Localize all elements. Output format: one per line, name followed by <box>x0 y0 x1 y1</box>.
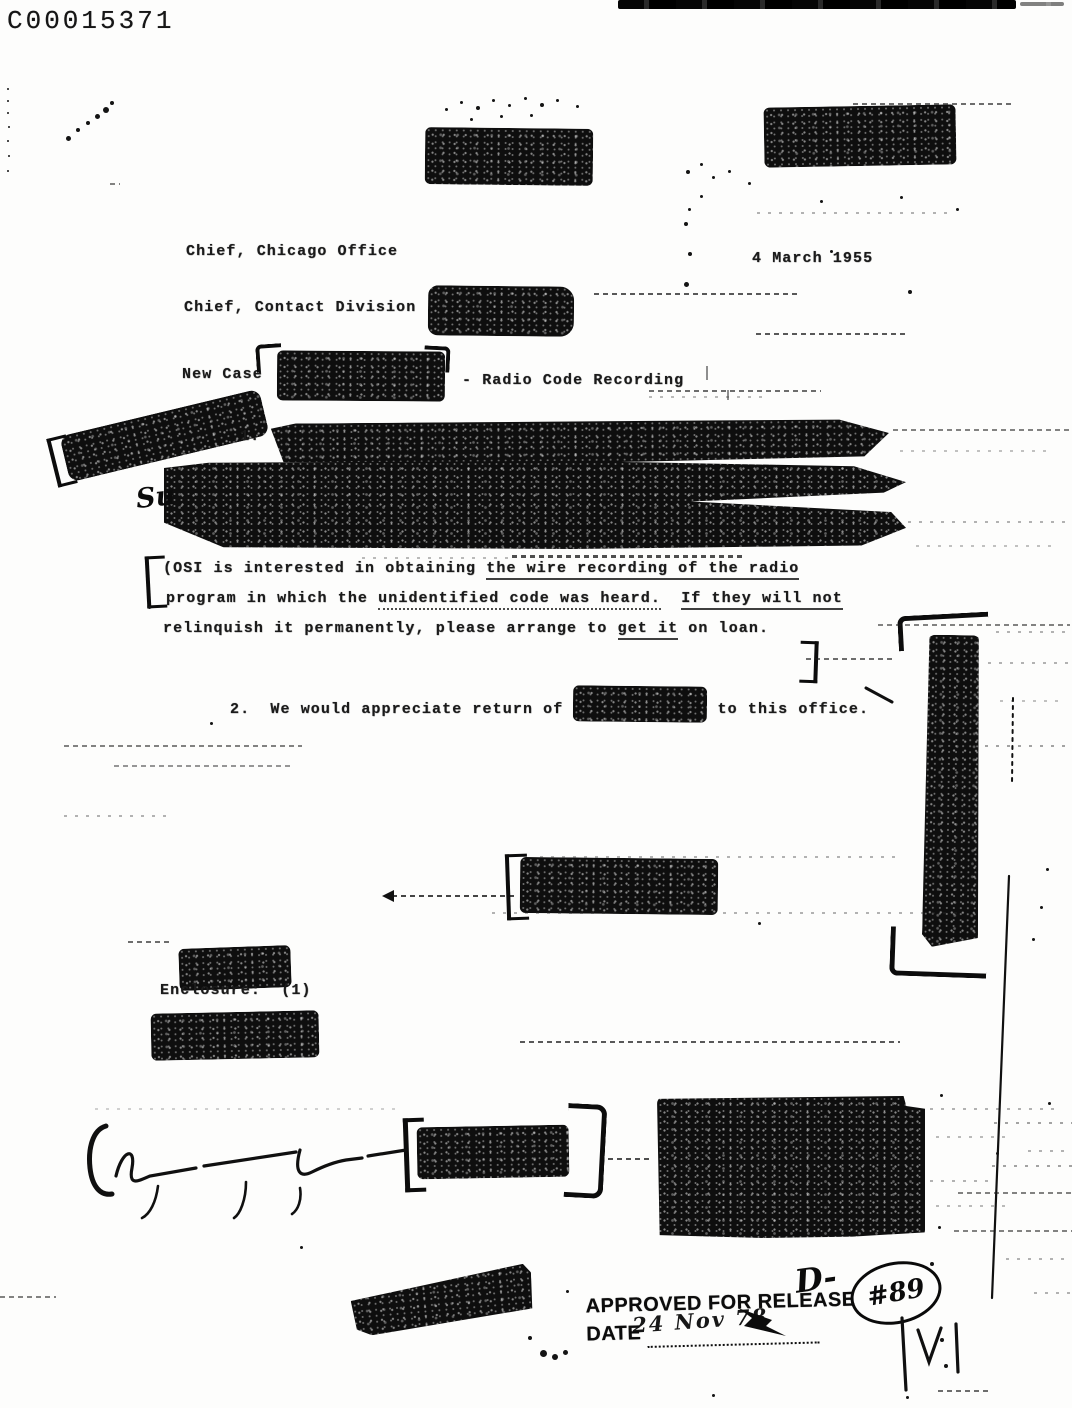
ink-speck <box>748 182 751 185</box>
scanline <box>608 1158 652 1160</box>
ink-speck <box>1046 868 1049 871</box>
ink-blot <box>540 1350 547 1357</box>
scanline <box>128 941 170 943</box>
ink-speck <box>148 606 151 609</box>
ink-speck <box>7 140 9 142</box>
scanline <box>95 1108 395 1110</box>
handwritten-bracket <box>90 1126 112 1194</box>
ink-speck <box>996 1152 999 1155</box>
ink-speck <box>1040 906 1043 909</box>
dotted-vertical-line <box>1012 698 1013 784</box>
ink-speck <box>86 121 90 125</box>
ink-tick <box>727 390 729 400</box>
scanline <box>853 103 1011 105</box>
ink-speck <box>906 1396 909 1399</box>
ink-speck <box>110 101 114 105</box>
scanline <box>958 1192 1072 1194</box>
ink-speck <box>460 101 463 104</box>
scanline <box>757 212 947 214</box>
ink-speck <box>556 99 559 102</box>
scanline <box>806 658 892 660</box>
ink-speck <box>728 170 731 173</box>
scanline <box>900 450 1050 452</box>
smudge-line <box>512 555 744 558</box>
scanned-document-page: C00015371 Chief, Chicago Office 4 March … <box>0 0 1072 1408</box>
check-scribble <box>902 1318 958 1390</box>
ink-speck <box>688 208 691 211</box>
scanline <box>649 396 769 398</box>
ink-speck <box>700 195 703 198</box>
ink-blot <box>563 1350 568 1355</box>
ink-speck <box>300 1246 303 1249</box>
ink-speck <box>712 1394 715 1397</box>
cursive-scribble <box>116 1150 406 1181</box>
ink-speck <box>1032 938 1035 941</box>
scanline <box>1028 1150 1072 1152</box>
ink-speck <box>7 170 9 172</box>
ink-tick <box>706 366 708 380</box>
ink-speck <box>103 107 109 113</box>
scanline <box>492 912 958 914</box>
ink-speck <box>8 126 10 128</box>
ink-speck <box>508 104 511 107</box>
ink-speck <box>76 128 80 132</box>
ink-speck <box>944 1364 948 1368</box>
scanline <box>916 545 1056 547</box>
ink-speck <box>684 282 689 287</box>
ink-speck <box>830 250 833 253</box>
ink-speck <box>576 105 579 108</box>
ink-speck <box>712 176 715 179</box>
ink-speck <box>8 155 10 157</box>
ink-speck <box>524 97 527 100</box>
scanline <box>988 662 1070 664</box>
ink-speck <box>930 1262 934 1266</box>
scanline <box>1034 1292 1072 1294</box>
scanline <box>930 1108 1062 1110</box>
ink-speck <box>66 136 71 141</box>
scanline <box>64 745 302 747</box>
ink-speck <box>938 1226 941 1229</box>
cursive-descenders <box>142 1182 301 1218</box>
ink-blot <box>552 1354 558 1360</box>
scanline <box>994 1122 1072 1124</box>
ink-speck <box>7 88 9 90</box>
ink-speck <box>700 163 703 166</box>
ink-speck <box>686 170 690 174</box>
scanline <box>114 765 292 767</box>
tick-mark <box>866 688 892 702</box>
scanline <box>985 745 1071 747</box>
ink-speck <box>758 922 761 925</box>
ink-speck <box>940 1338 944 1342</box>
ink-speck <box>210 722 213 725</box>
scanline <box>878 624 1070 626</box>
ink-speck <box>820 200 823 203</box>
scanline <box>954 1230 1072 1232</box>
ink-speck <box>956 208 959 211</box>
scanline <box>649 390 821 392</box>
scanline <box>756 333 906 335</box>
ink-dash <box>110 183 120 185</box>
ink-speck <box>7 100 9 102</box>
scanline <box>1006 1258 1064 1260</box>
scanline <box>1000 700 1060 702</box>
underscore-line <box>520 1041 900 1043</box>
ink-speck <box>900 196 903 199</box>
scanline <box>992 1165 1072 1167</box>
ink-speck <box>908 290 912 294</box>
ink-speck <box>566 1290 569 1293</box>
ink-speck <box>1048 1102 1051 1105</box>
ink-speck <box>95 114 100 119</box>
ink-speck <box>688 252 692 256</box>
diagonal-pen-line <box>992 876 1009 1298</box>
scanline <box>362 557 512 559</box>
scanline <box>594 293 799 295</box>
scanline <box>893 429 1071 431</box>
ink-speck <box>7 112 9 114</box>
scanline <box>996 631 1072 633</box>
ink-speck <box>528 1336 532 1340</box>
scanline <box>0 1296 56 1298</box>
ink-speck <box>540 103 544 107</box>
scanline <box>938 1390 990 1392</box>
scanline <box>64 815 168 817</box>
ink-speck <box>492 99 495 102</box>
scanline <box>936 1205 1012 1207</box>
ink-speck <box>500 115 503 118</box>
ink-speck <box>476 106 480 110</box>
scanline <box>908 521 1068 523</box>
ink-speck <box>684 222 688 226</box>
ink-speck <box>940 1094 943 1097</box>
ink-arrow-blot <box>738 1308 786 1336</box>
ink-speck <box>530 114 533 117</box>
ink-speck <box>470 118 473 121</box>
scanline <box>540 856 900 858</box>
ink-speck <box>445 108 448 111</box>
scanline <box>936 1136 1012 1138</box>
scanline <box>930 1180 992 1182</box>
